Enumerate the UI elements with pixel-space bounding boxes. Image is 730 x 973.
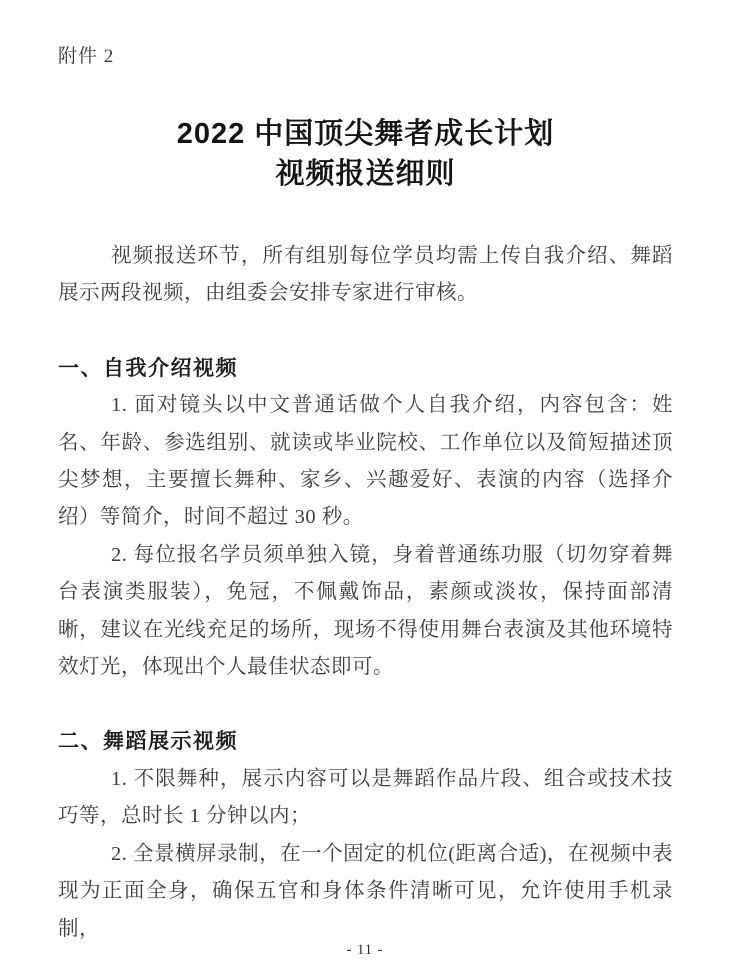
document-title-line1: 2022 中国顶尖舞者成长计划 [58,114,673,154]
document-page: 附件 2 2022 中国顶尖舞者成长计划 视频报送细则 视频报送环节，所有组别每… [0,0,730,973]
section-self-introduction: 一、自我介绍视频 1. 面对镜头以中文普通话做个人自我介绍，内容包含：姓名、年龄… [58,350,673,687]
intro-paragraph: 视频报送环节，所有组别每位学员均需上传自我介绍、舞蹈展示两段视频，由组委会安排专… [58,238,673,313]
section-1-heading: 一、自我介绍视频 [58,350,673,387]
section-1-paragraph-2: 2. 每位报名学员须单独入镜，身着普通练功服（切勿穿着舞台表演类服装），免冠，不… [58,537,673,687]
section-2-paragraph-1: 1. 不限舞种，展示内容可以是舞蹈作品片段、组合或技术技巧等，总时长 1 分钟以… [58,761,673,836]
section-1-paragraph-1: 1. 面对镜头以中文普通话做个人自我介绍，内容包含：姓名、年龄、参选组别、就读或… [58,387,673,537]
document-title: 2022 中国顶尖舞者成长计划 视频报送细则 [58,114,673,194]
section-2-heading: 二、舞蹈展示视频 [58,723,673,760]
document-title-line2: 视频报送细则 [58,154,673,194]
section-dance-show: 二、舞蹈展示视频 1. 不限舞种，展示内容可以是舞蹈作品片段、组合或技术技巧等，… [58,723,673,947]
section-2-paragraph-2: 2. 全景横屏录制，在一个固定的机位(距离合适)，在视频中表现为正面全身，确保五… [58,836,673,948]
attachment-label: 附件 2 [58,44,673,70]
page-number: - 11 - [0,942,730,959]
